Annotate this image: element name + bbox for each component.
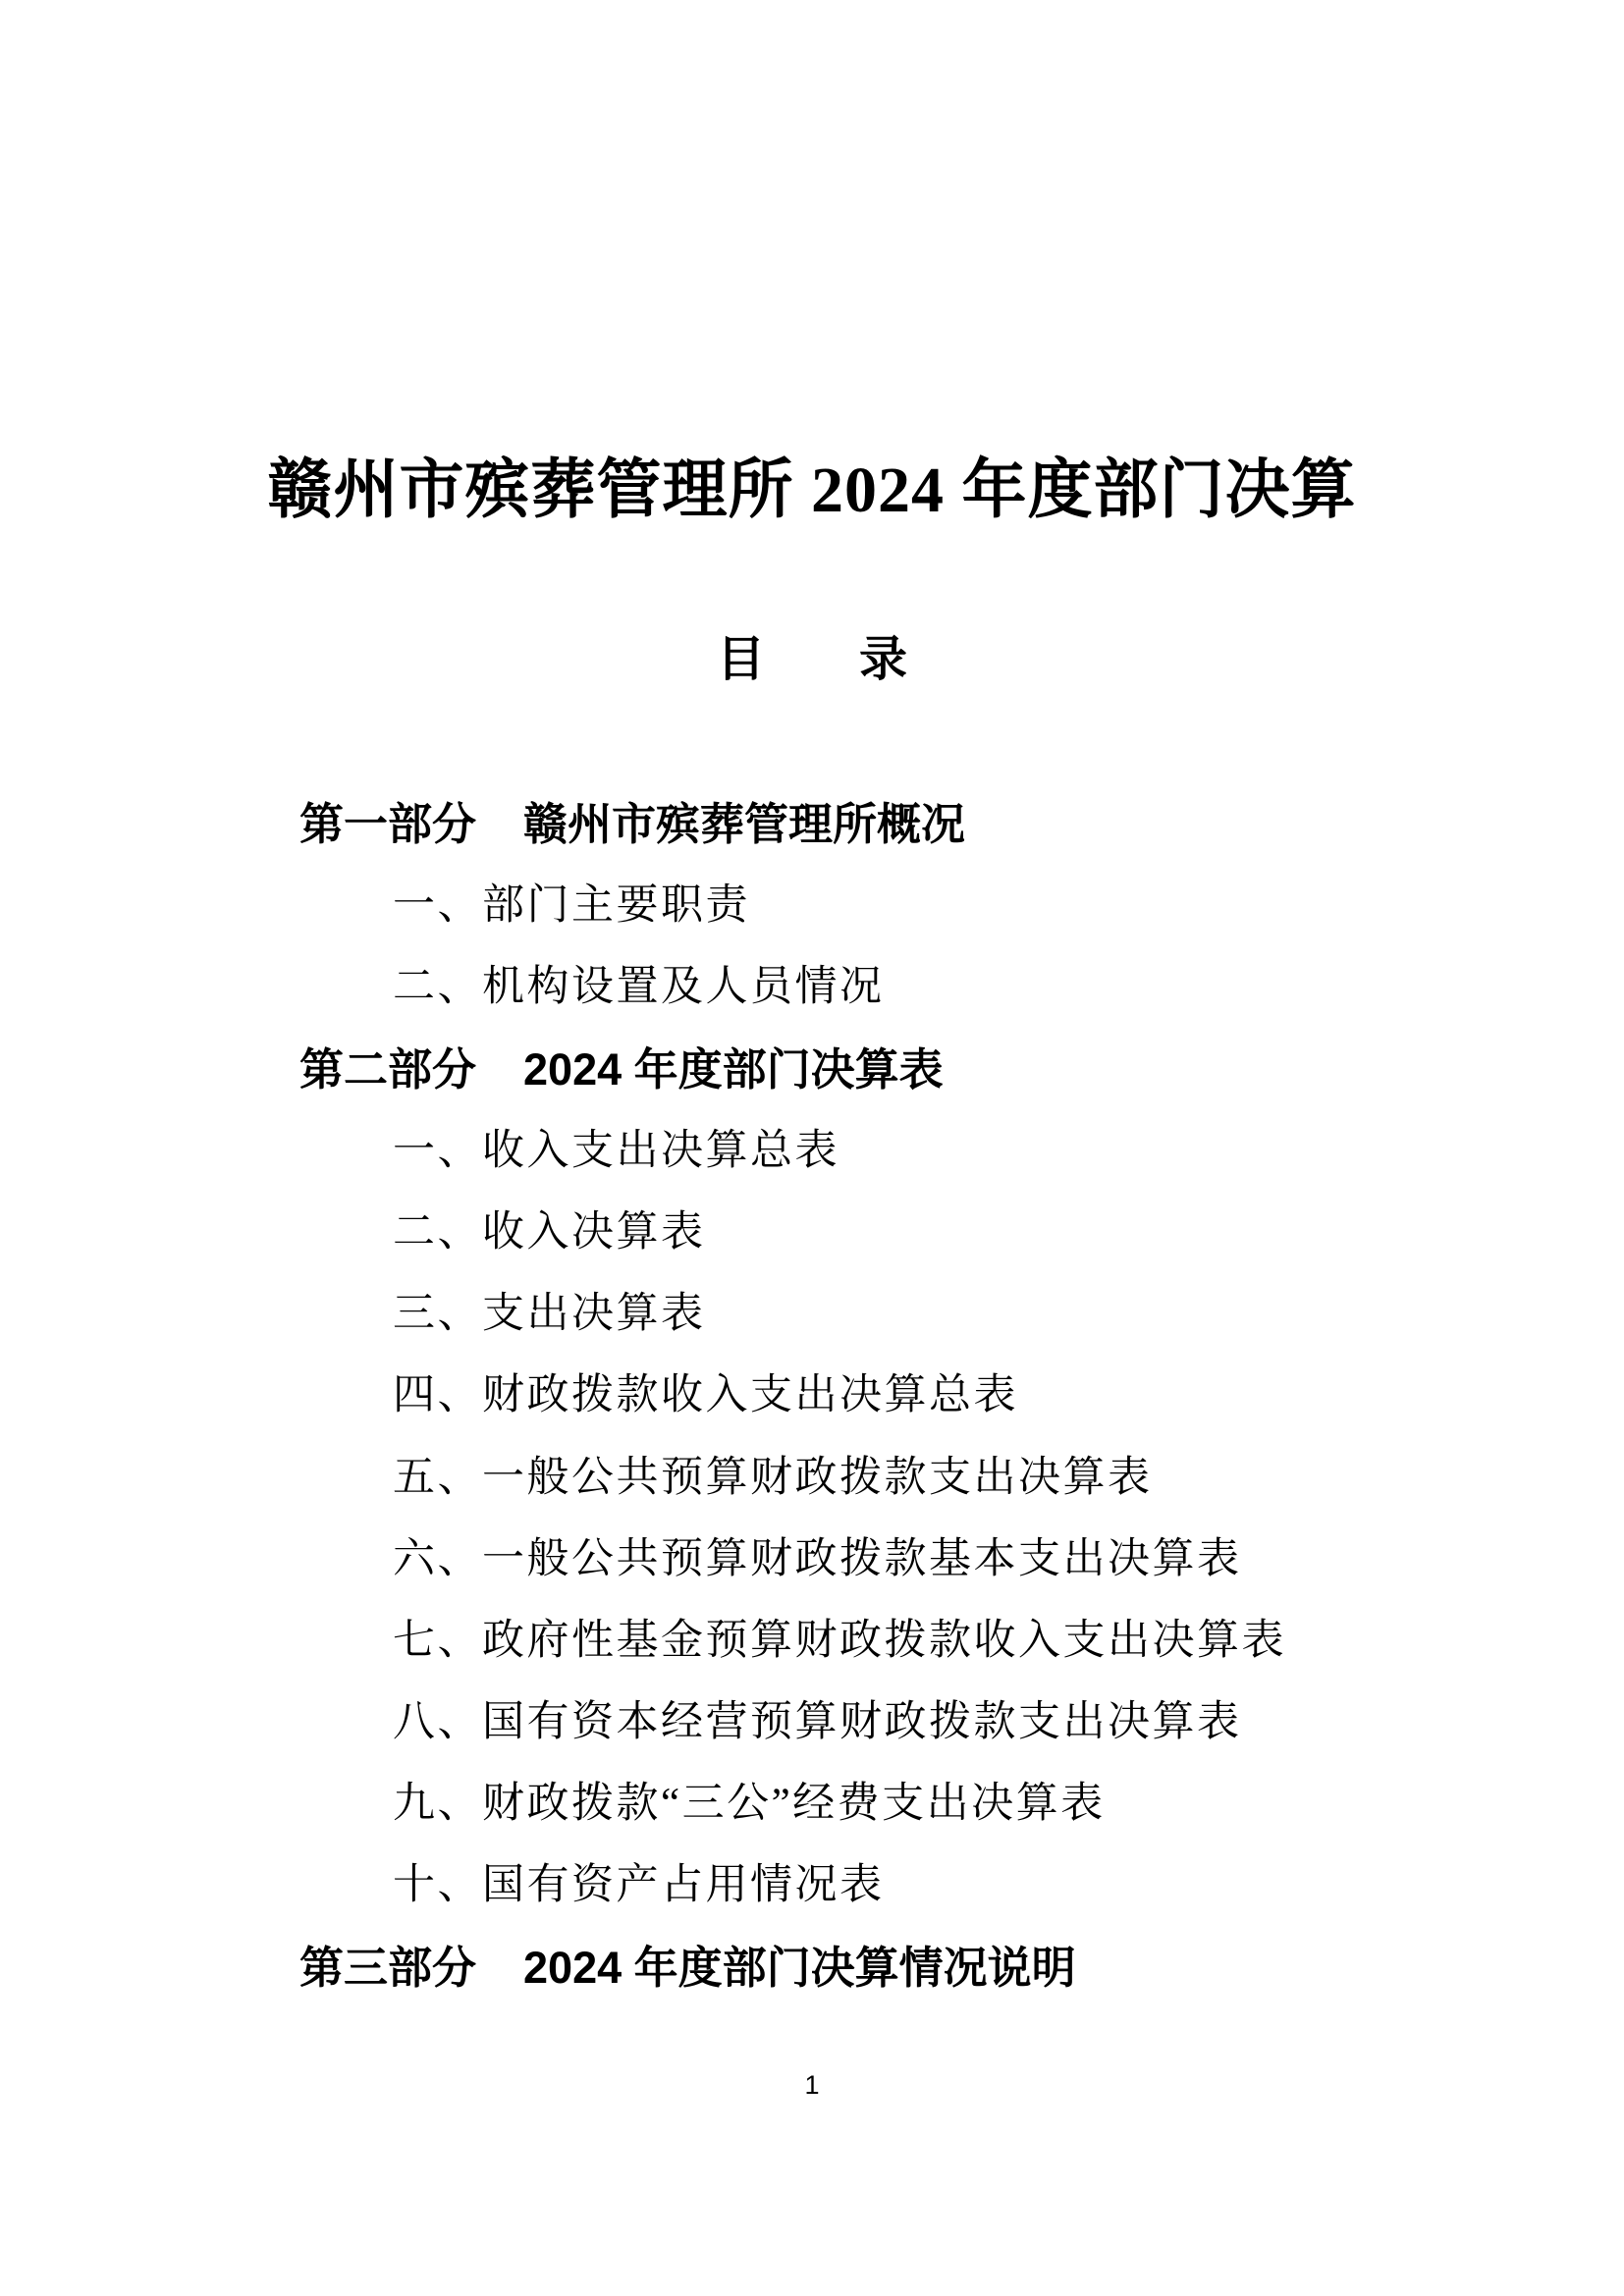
toc-part-title: 2024 年度部门决算表 <box>523 1044 944 1095</box>
toc-item: 一、部门主要职责 <box>299 865 1438 946</box>
toc-item-text: 四、财政拨款收入支出决算总表 <box>393 1372 1018 1418</box>
toc-item-text: 三、支出决算表 <box>393 1291 706 1337</box>
toc-item: 二、机构设置及人员情况 <box>299 946 1438 1028</box>
toc-item: 八、国有资本经营预算财政拨款支出决算表 <box>299 1682 1438 1763</box>
toc-item-text: 八、国有资本经营预算财政拨款支出决算表 <box>393 1699 1242 1745</box>
toc-item: 五、一般公共预算财政拨款支出决算表 <box>299 1437 1438 1519</box>
toc-item-text: 一、部门主要职责 <box>393 882 750 929</box>
toc-item-text: 二、机构设置及人员情况 <box>393 964 885 1010</box>
document-page: 赣州市殡葬管理所 2024 年度部门决算 目录 第一部分赣州市殡葬管理所概况 一… <box>0 0 1624 2296</box>
toc-item: 六、一般公共预算财政拨款基本支出决算表 <box>299 1519 1438 1600</box>
toc-part-title: 赣州市殡葬管理所概况 <box>523 799 965 849</box>
toc-item-text: 二、收入决算表 <box>393 1209 706 1255</box>
toc-heading-char-left: 目 <box>717 632 765 686</box>
toc-item: 三、支出决算表 <box>299 1273 1438 1355</box>
toc-item-text: 六、一般公共预算财政拨款基本支出决算表 <box>393 1536 1242 1582</box>
toc-item: 一、收入支出决算总表 <box>299 1110 1438 1192</box>
toc-item-text: 五、一般公共预算财政拨款支出决算表 <box>393 1455 1153 1501</box>
toc-item: 二、收入决算表 <box>299 1192 1438 1273</box>
toc-item-text: 九、财政拨款“三公”经费支出决算表 <box>393 1781 1106 1827</box>
toc-item: 四、财政拨款收入支出决算总表 <box>299 1355 1438 1436</box>
toc-part-label: 第二部分 <box>299 1044 476 1095</box>
toc-item: 七、政府性基金预算财政拨款收入支出决算表 <box>299 1600 1438 1682</box>
toc-item-text: 十、国有资产占用情况表 <box>393 1862 885 1908</box>
toc-item-text: 一、收入支出决算总表 <box>393 1128 839 1174</box>
toc-part-heading-3: 第三部分2024 年度部门决算情况说明 <box>299 1927 1438 2008</box>
toc-part-heading-1: 第一部分赣州市殡葬管理所概况 <box>299 783 1438 865</box>
toc-heading-char-right: 录 <box>859 632 907 686</box>
document-title: 赣州市殡葬管理所 2024 年度部门决算 <box>0 450 1624 532</box>
toc-heading: 目录 <box>0 630 1624 689</box>
toc-part-label: 第一部分 <box>299 799 476 849</box>
toc-part-title: 2024 年度部门决算情况说明 <box>523 1943 1076 1993</box>
toc-part-label: 第三部分 <box>299 1943 476 1993</box>
toc-item: 十、国有资产占用情况表 <box>299 1844 1438 1926</box>
table-of-contents: 第一部分赣州市殡葬管理所概况 一、部门主要职责 二、机构设置及人员情况 第二部分… <box>299 783 1438 2008</box>
toc-item-text: 七、政府性基金预算财政拨款收入支出决算表 <box>393 1618 1286 1664</box>
toc-part-heading-2: 第二部分2024 年度部门决算表 <box>299 1029 1438 1110</box>
toc-item: 九、财政拨款“三公”经费支出决算表 <box>299 1763 1438 1844</box>
page-number: 1 <box>0 2067 1624 2103</box>
